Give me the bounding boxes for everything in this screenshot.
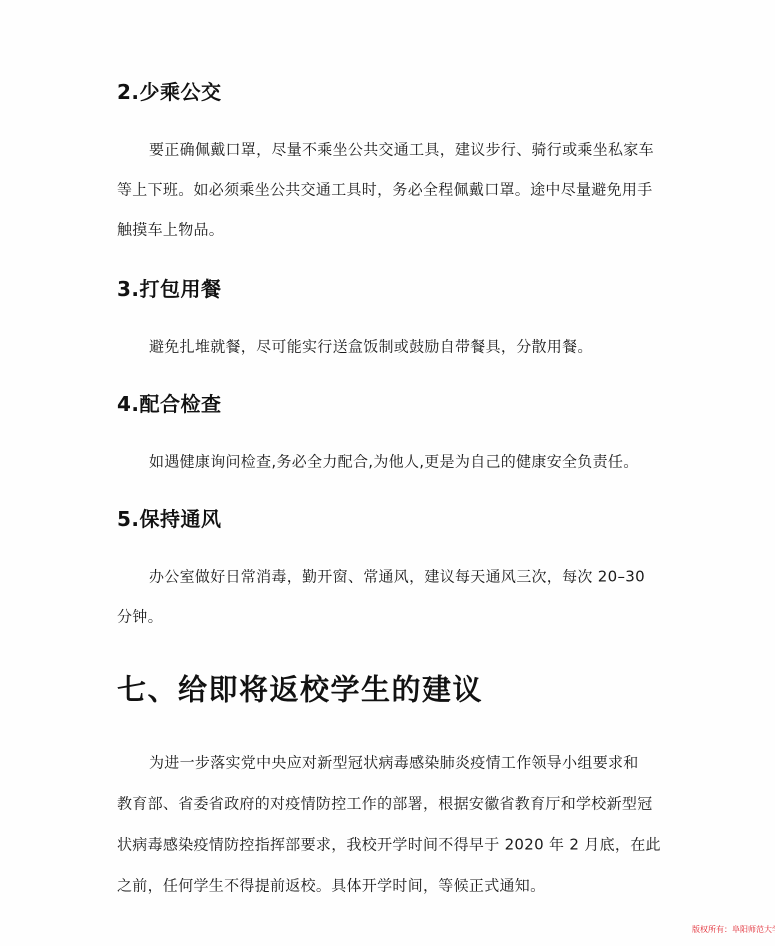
section-heading-4: 4.配合检查 bbox=[117, 394, 222, 414]
chapter-paragraph-line-3: 状病毒感染疫情防控指挥部要求，我校开学时间不得早于 2020 年 2 月底，在此 bbox=[117, 838, 661, 853]
chapter-paragraph-line-4: 之前，任何学生不得提前返校。具体开学时间，等候正式通知。 bbox=[117, 879, 545, 894]
section-heading-5: 5.保持通风 bbox=[117, 509, 222, 529]
chapter-paragraph-line-2: 教育部、省委省政府的对疫情防控工作的部署，根据安徽省教育厅和学校新型冠 bbox=[117, 797, 653, 812]
section-2-paragraph-line-3: 触摸车上物品。 bbox=[117, 223, 224, 238]
chapter-paragraph-line-1: 为进一步落实党中央应对新型冠状病毒感染肺炎疫情工作领导小组要求和 bbox=[149, 756, 639, 771]
section-5-paragraph-line-2: 分钟。 bbox=[117, 610, 163, 625]
section-heading-3: 3.打包用餐 bbox=[117, 279, 222, 299]
section-2-paragraph-line-1: 要正确佩戴口罩，尽量不乘坐公共交通工具，建议步行、骑行或乘坐私家车 bbox=[149, 143, 654, 158]
section-2-paragraph-line-2: 等上下班。如必须乘坐公共交通工具时，务必全程佩戴口罩。途中尽量避免用手 bbox=[117, 183, 653, 198]
document-page: 2.少乘公交 要正确佩戴口罩，尽量不乘坐公共交通工具，建议步行、骑行或乘坐私家车… bbox=[0, 0, 775, 946]
section-4-paragraph-line-1: 如遇健康询问检查,务必全力配合,为他人,更是为自己的健康安全负责任。 bbox=[149, 455, 639, 470]
section-5-paragraph-line-1: 办公室做好日常消毒，勤开窗、常通风，建议每天通风三次，每次 20–30 bbox=[149, 570, 645, 585]
section-3-paragraph-line-1: 避免扎堆就餐，尽可能实行送盒饭制或鼓励自带餐具，分散用餐。 bbox=[149, 340, 593, 355]
chapter-heading: 七、给即将返校学生的建议 bbox=[117, 676, 483, 705]
section-heading-2: 2.少乘公交 bbox=[117, 82, 222, 102]
copyright-watermark: 版权所有：阜阳师范大学 bbox=[692, 926, 775, 934]
